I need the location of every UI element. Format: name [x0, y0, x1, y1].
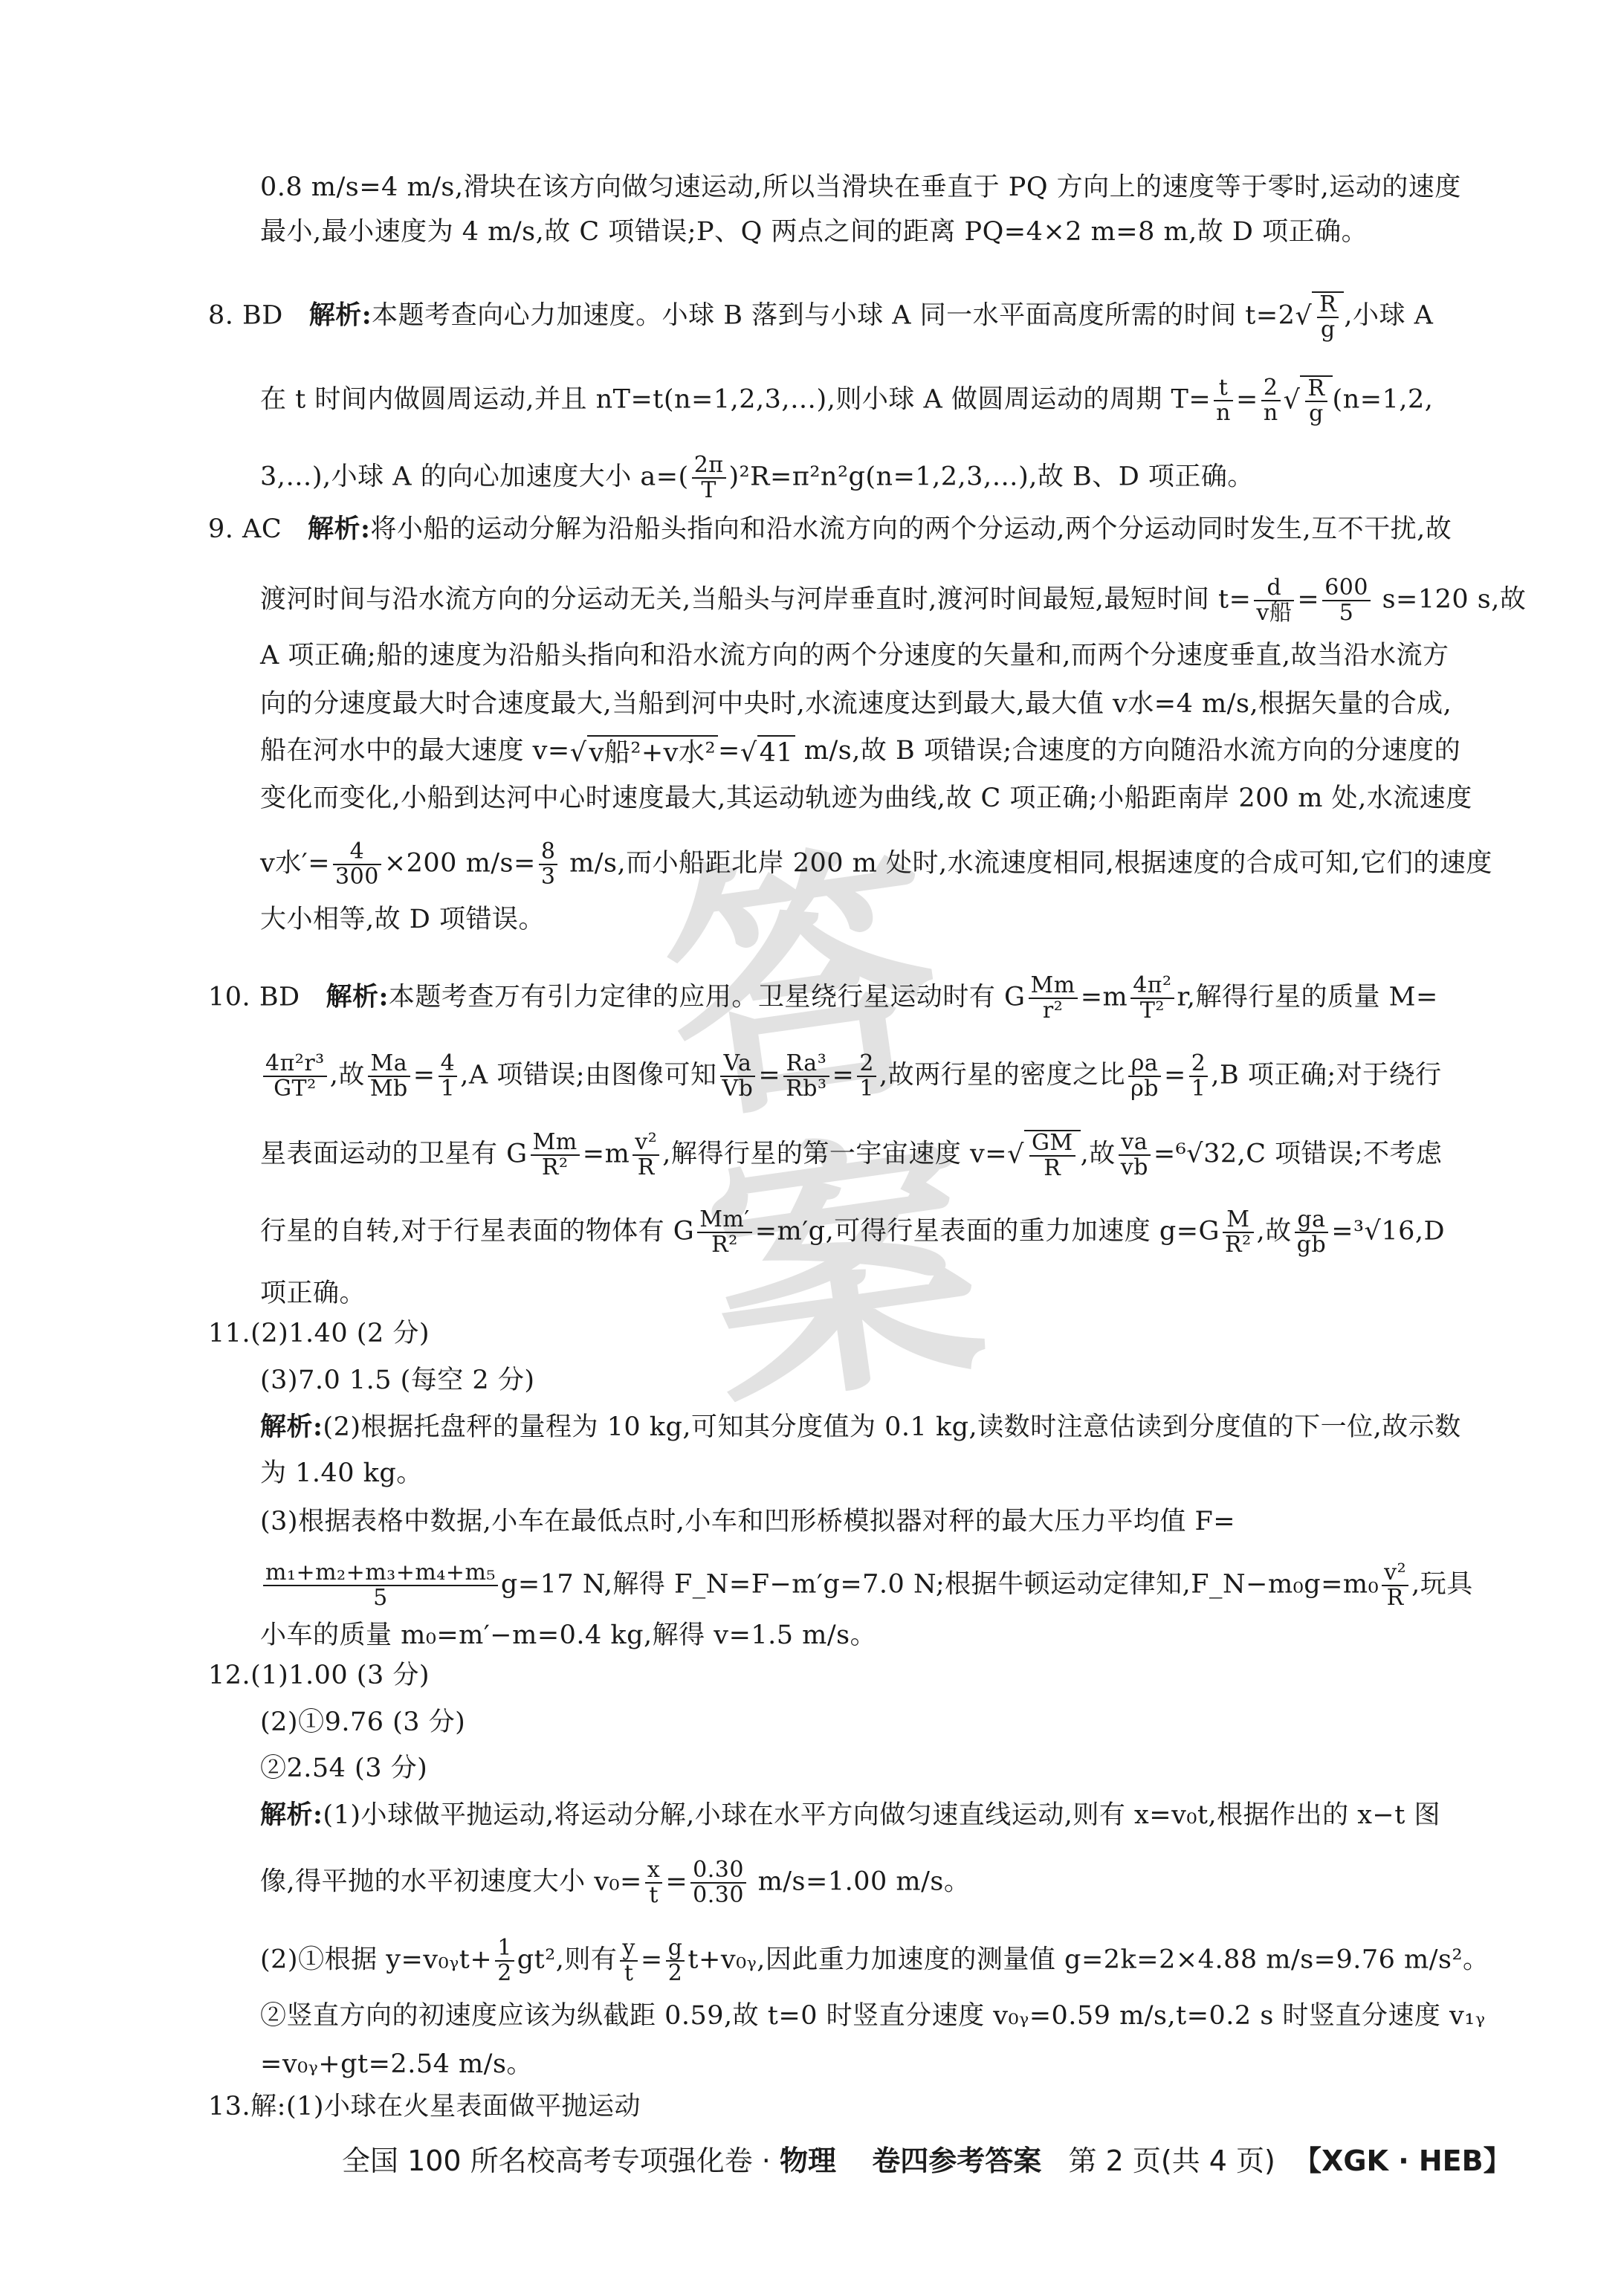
footer-series: 全国 100 所名校高考专项强化卷 · [342, 2144, 780, 2177]
q11-explain-4: m₁+m₂+m₃+m₄+m₅5g=17 N,解得 F_N=F−m′g=7.0 N… [260, 1561, 1473, 1610]
q8-text: 本题考查向心力加速度。小球 B 落到与小球 A 同一水平面高度所需的时间 t=2 [372, 301, 1295, 331]
q10-answer: BD [259, 983, 300, 1012]
q9-line-7: v水′=4300×200 m/s=83 m/s,而小船距北岸 200 m 处时,… [260, 840, 1492, 889]
q9-answer: AC [242, 514, 282, 544]
q12-answer-2: (2)①9.76 (3 分) [260, 1706, 465, 1739]
q9-line-2: 渡河时间与沿水流方向的分运动无关,当船头与河岸垂直时,渡河时间最短,最短时间 t… [260, 576, 1526, 625]
q12-explain-4: ②竖直方向的初速度应该为纵截距 0.59,故 t=0 时竖直分速度 v₀ᵧ=0.… [260, 2000, 1486, 2032]
q9-line-4: 向的分速度最大时合速度最大,当船到河中央时,水流速度达到最大,最大值 v水=4 … [260, 688, 1452, 720]
footer-code: 【XGK · HEB】 [1293, 2144, 1512, 2177]
q8-line-3: 3,…),小球 A 的向心加速度大小 a=(2πT)²R=π²n²g(n=1,2… [260, 453, 1254, 502]
q7-cont-line-1: 0.8 m/s=4 m/s,滑块在该方向做匀速运动,所以当滑块在垂直于 PQ 方… [260, 171, 1461, 204]
q10-line-5: 项正确。 [260, 1277, 366, 1310]
q7-cont-line-2: 最小,最小速度为 4 m/s,故 C 项错误;P、Q 两点之间的距离 PQ=4×… [260, 216, 1368, 248]
q11-explain-label: 解析: [260, 1412, 323, 1442]
q13-number: 13. [208, 2092, 250, 2121]
q9-line-3: A 项正确;船的速度为沿船头指向和沿水流方向的两个分速度的矢量和,而两个分速度垂… [260, 639, 1449, 672]
q10-line-2: 4π²r³GT²,故MaMb=41,A 项错误;由图像可知VaVb=Ra³Rb³… [260, 1052, 1442, 1101]
q10-line-4: 行星的自转,对于行星表面的物体有 GMm′R²=m′g,可得行星表面的重力加速度… [260, 1208, 1445, 1257]
footer-subject: 物理 [780, 2144, 836, 2177]
q13-line-1: 13.解:(1)小球在火星表面做平抛运动 [208, 2090, 641, 2123]
q12-number: 12. [208, 1661, 250, 1690]
q12-explain-label: 解析: [260, 1800, 323, 1830]
sqrt-expr: √Rg [1295, 291, 1344, 342]
q10-line-1: 10. BD 解析:本题考查万有引力定律的应用。卫星绕行星运动时有 GMmr²=… [208, 974, 1438, 1023]
q10-number: 10. [208, 983, 250, 1012]
q12-answer-3: ②2.54 (3 分) [260, 1752, 427, 1785]
q8-number: 8. [208, 301, 233, 331]
q11-explain-2: 为 1.40 kg。 [260, 1457, 423, 1490]
q9-line-6: 变化而变化,小船到达河中心时速度最大,其运动轨迹为曲线,故 C 项正确;小船距南… [260, 782, 1472, 815]
q12-explain-3: (2)①根据 y=v₀ᵧt+12gt²,则有yt=g2t+v₀ᵧ,因此重力加速度… [260, 1936, 1489, 1985]
q8-line-2: 在 t 时间内做圆周运动,并且 nT=t(n=1,2,3,…),则小球 A 做圆… [260, 375, 1433, 426]
q9-number: 9. [208, 514, 233, 544]
q8-answer: BD [242, 301, 283, 331]
q12-answer-1: 12.(1)1.00 (3 分) [208, 1659, 430, 1692]
q9-line-1: 9. AC 解析:将小船的运动分解为沿船头指向和沿水流方向的两个分运动,两个分运… [208, 513, 1452, 546]
q11-explain-3: (3)根据表格中数据,小车在最低点时,小车和凹形桥模拟器对秤的最大压力平均值 F… [260, 1505, 1235, 1538]
footer-title: 卷四参考答案 [872, 2144, 1041, 2177]
q9-line-8: 大小相等,故 D 项错误。 [260, 903, 545, 936]
footer-page-number: 第 2 页(共 4 页) [1069, 2144, 1275, 2177]
q9-explain-label: 解析: [308, 514, 370, 544]
q8-explain-label: 解析: [309, 300, 372, 331]
q12-explain-1: 解析:(1)小球做平抛运动,将运动分解,小球在水平方向做匀速直线运动,则有 x=… [260, 1799, 1440, 1832]
q9-line-5: 船在河水中的最大速度 v=√v船²+v水²=√41 m/s,故 B 项错误;合速… [260, 734, 1460, 769]
answer-key-page: 答 案 0.8 m/s=4 m/s,滑块在该方向做匀速运动,所以当滑块在垂直于 … [0, 0, 1624, 2282]
q11-answer-1: 11.(2)1.40 (2 分) [208, 1317, 430, 1350]
q8-line-1: 8. BD 解析:本题考查向心力加速度。小球 B 落到与小球 A 同一水平面高度… [208, 291, 1433, 342]
q10-explain-label: 解析: [326, 982, 389, 1012]
page-footer: 全国 100 所名校高考专项强化卷 · 物理 卷四参考答案 第 2 页(共 4 … [342, 2142, 1512, 2179]
q11-explain-1: 解析:(2)根据托盘秤的量程为 10 kg,可知其分度值为 0.1 kg,读数时… [260, 1411, 1461, 1444]
q12-explain-2: 像,得平抛的水平初速度大小 v₀=xt=0.300.30 m/s=1.00 m/… [260, 1858, 970, 1907]
q10-line-3: 星表面运动的卫星有 GMmR²=mv²R,解得行星的第一宇宙速度 v=√GMR,… [260, 1130, 1442, 1180]
q11-answer-2: (3)7.0 1.5 (每空 2 分) [260, 1364, 534, 1397]
q11-number: 11. [208, 1319, 250, 1348]
q11-explain-5: 小车的质量 m₀=m′−m=0.4 kg,解得 v=1.5 m/s。 [260, 1619, 876, 1652]
q12-explain-5: =v₀ᵧ+gt=2.54 m/s。 [260, 2048, 533, 2081]
